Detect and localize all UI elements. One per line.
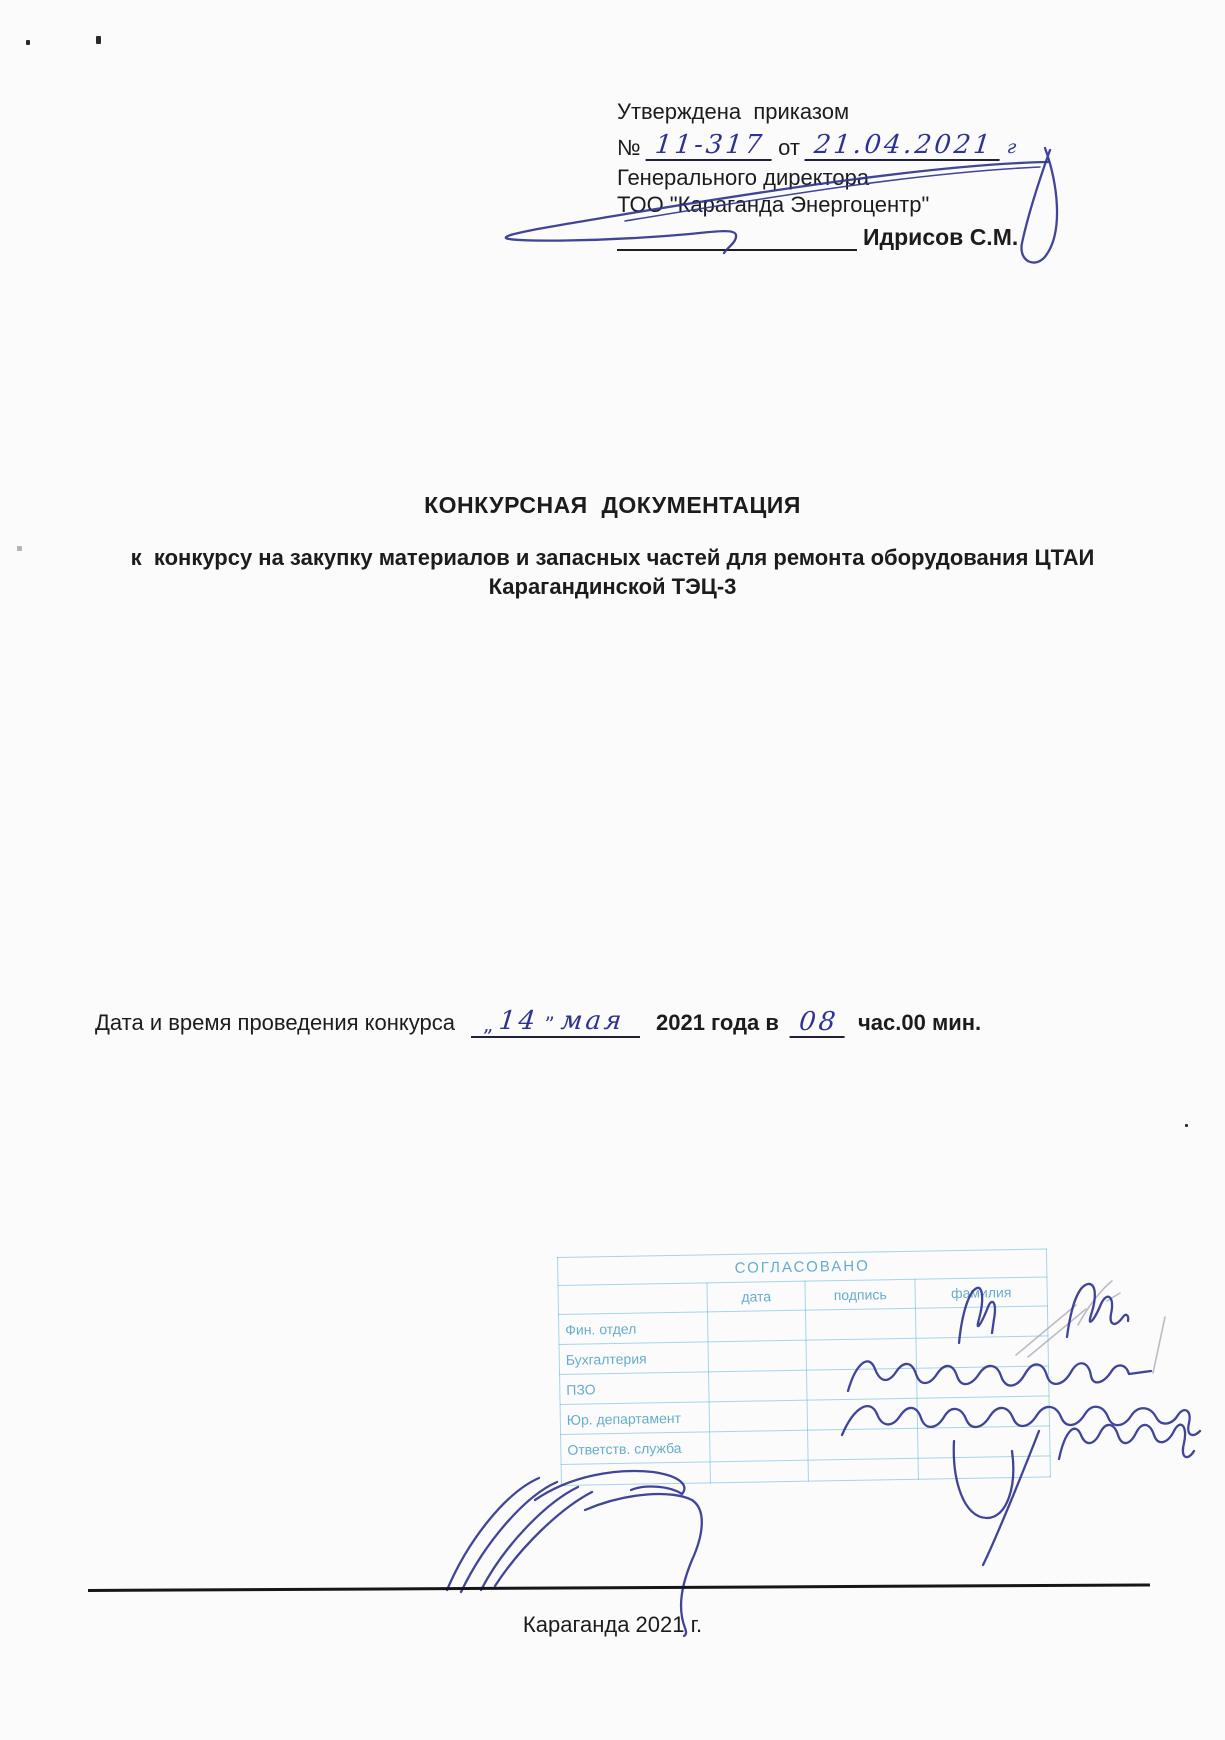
date-line-suffix: час.00 мин. xyxy=(858,1008,981,1038)
order-date-year-letter: г xyxy=(1005,135,1017,161)
signer-row: Идрисов С.М. xyxy=(617,224,1097,251)
stamp-row-label: Бухгалтерия xyxy=(559,1342,709,1375)
scan-speck xyxy=(96,36,101,44)
day-handwritten: 14 xyxy=(498,1008,540,1034)
subtitle-line-2: Карагандинской ТЭЦ-3 xyxy=(0,572,1225,601)
stamp-col-surname: фамилия xyxy=(915,1277,1047,1308)
month-handwritten: мая xyxy=(559,1008,625,1034)
hour-handwritten: 08 xyxy=(789,1009,847,1038)
order-number-line: № 11-317 от 21.04.2021 г xyxy=(617,127,1097,161)
date-line-middle: 2021 года в xyxy=(656,1008,779,1038)
contest-date-line: Дата и время проведения конкурса „ 14 ” … xyxy=(95,1008,981,1038)
approval-line-4: ТОО "Караганда Энергоцентр" xyxy=(617,191,1097,218)
stamp-row-label: Ответств. служба xyxy=(561,1432,711,1465)
subtitle-line-1: к конкурсу на закупку материалов и запас… xyxy=(0,543,1225,572)
open-quote: „ xyxy=(483,1014,493,1034)
bottom-signature xyxy=(435,1462,775,1637)
document-subtitle: к конкурсу на закупку материалов и запас… xyxy=(0,543,1225,601)
stamp-col-blank xyxy=(558,1283,707,1315)
title-block: КОНКУРСНАЯ ДОКУМЕНТАЦИЯ к конкурсу на за… xyxy=(0,492,1225,601)
order-date-handwritten: 21.04.2021 xyxy=(804,132,1002,161)
approval-block: Утверждена приказом № 11-317 от 21.04.20… xyxy=(617,98,1097,218)
footer-city-year: Караганда 2021 г. xyxy=(0,1612,1225,1638)
stamp-row-label: Фин. отдел xyxy=(559,1312,709,1345)
order-number-handwritten: 11-317 xyxy=(645,132,774,161)
close-quote: ” xyxy=(544,1014,554,1034)
document-page: Утверждена приказом № 11-317 от 21.04.20… xyxy=(0,0,1225,1740)
stamp-col-signature: подпись xyxy=(805,1279,915,1310)
scan-speck xyxy=(26,40,30,45)
stamp-col-date: дата xyxy=(707,1281,805,1312)
order-from-label: от xyxy=(778,134,800,161)
footer-rule xyxy=(88,1583,1150,1592)
scan-speck xyxy=(1185,1124,1188,1127)
approval-stamp-table: СОГЛАСОВАНО дата подпись фамилия Фин. от… xyxy=(557,1248,1051,1486)
document-title: КОНКУРСНАЯ ДОКУМЕНТАЦИЯ xyxy=(0,492,1225,519)
stamp-row-label: Юр. департамент xyxy=(560,1402,710,1435)
number-sign: № xyxy=(617,134,641,161)
date-handwritten-group: „ 14 ” мая xyxy=(471,1008,640,1038)
signature-line xyxy=(617,225,857,251)
stamp-row-label: ПЗО xyxy=(560,1372,710,1405)
approval-line-3: Генерального директора xyxy=(617,164,1097,191)
approval-line-1: Утверждена приказом xyxy=(617,98,1097,125)
date-line-prefix: Дата и время проведения конкурса xyxy=(95,1008,455,1038)
signer-name: Идрисов С.М. xyxy=(857,224,1018,251)
